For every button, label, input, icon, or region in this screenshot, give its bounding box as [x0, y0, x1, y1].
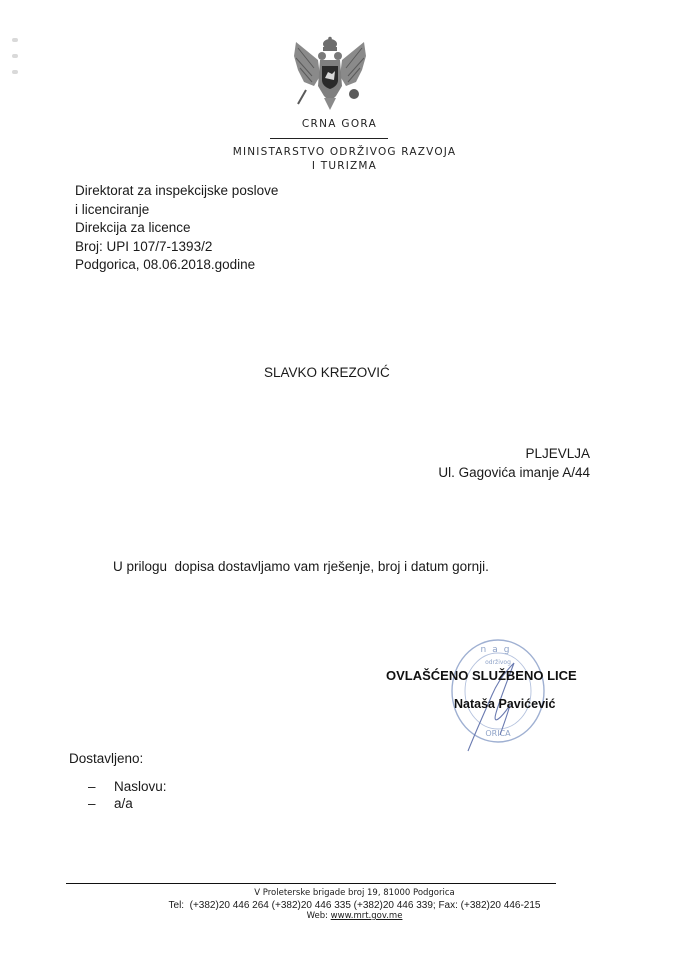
ministry-name: MINISTARSTVO ODRŽIVOG RAZVOJA I TURIZMA: [0, 145, 679, 173]
footer-web-label: Web:: [307, 911, 328, 921]
distribution-item-text: a/a: [114, 795, 133, 812]
list-dash: –: [88, 778, 114, 795]
svg-text:nag: nag: [481, 645, 516, 655]
letter-body: U prilogu dopisa dostavljamo vam rješenj…: [113, 559, 489, 574]
header-divider: [270, 138, 388, 139]
sender-department: Direkcija za licence: [75, 219, 278, 238]
place-and-date: Podgorica, 08.06.2018.godine: [75, 256, 278, 275]
distribution-item-text: Naslovu:: [114, 778, 167, 795]
distribution-list: – Naslovu: – a/a: [88, 778, 167, 812]
website-link[interactable]: www.mrt.gov.me: [331, 911, 403, 921]
footer-web: Web: www.mrt.gov.me: [30, 911, 679, 923]
footer-divider: [66, 883, 556, 884]
distribution-item: – Naslovu:: [88, 778, 167, 795]
footer-contact: V Proleterske brigade broj 19, 81000 Pod…: [0, 888, 679, 923]
distribution-item: – a/a: [88, 795, 167, 812]
recipient-address: PLJEVLJA Ul. Gagovića imanje A/44: [438, 444, 590, 482]
signatory-name: Nataša Pavićević: [454, 697, 555, 711]
recipient-name: SLAVKO KREZOVIĆ: [264, 365, 390, 380]
footer-address: V Proleterske brigade broj 19, 81000 Pod…: [30, 888, 679, 900]
scan-margin-marks: [6, 38, 26, 88]
coat-of-arms-emblem: [290, 36, 370, 111]
sender-block: Direktorat za inspekcijske poslove i lic…: [75, 182, 278, 275]
ministry-name-line-1: MINISTARSTVO ODRŽIVOG RAZVOJA: [10, 145, 679, 159]
footer-phones: Tel: (+382)20 446 264 (+382)20 446 335 (…: [30, 900, 679, 912]
ministry-name-line-2: I TURIZMA: [10, 159, 679, 173]
recipient-city: PLJEVLJA: [438, 444, 590, 463]
sender-directorate: Direktorat za inspekcijske poslove: [75, 182, 278, 201]
sender-directorate-cont: i licenciranje: [75, 201, 278, 220]
distribution-label: Dostavljeno:: [69, 751, 143, 766]
country-name: CRNA GORA: [0, 118, 679, 130]
recipient-street: Ul. Gagovića imanje A/44: [438, 463, 590, 482]
reference-number: Broj: UPI 107/7-1393/2: [75, 238, 278, 257]
signatory-title: OVLAŠĆENO SLUŽBENO LICE: [386, 668, 577, 683]
list-dash: –: [88, 795, 114, 812]
